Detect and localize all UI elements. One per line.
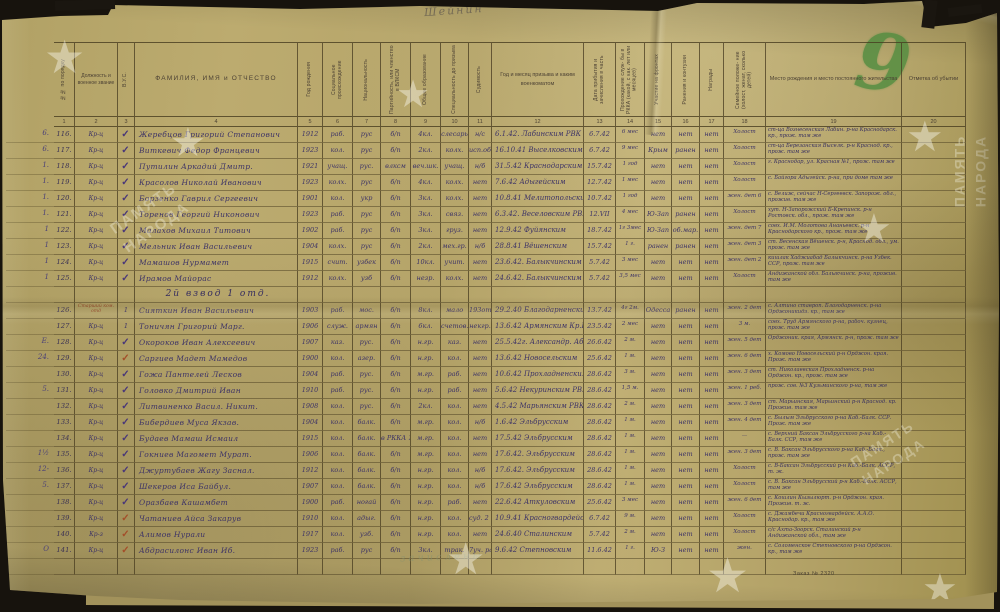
table-cell: б/п bbox=[381, 175, 411, 191]
cell-text: жен. 1 реб. bbox=[728, 385, 762, 391]
table-cell: ст. Весенская Вёшенск. р-н, Краснод. обл… bbox=[766, 239, 902, 255]
cell-text: нет bbox=[473, 194, 487, 202]
cell-text: ранен bbox=[675, 146, 695, 154]
cell-text: 3 м. bbox=[624, 369, 636, 375]
cell-text: б/п bbox=[390, 498, 400, 506]
table-cell: ✓1 bbox=[118, 191, 135, 207]
table-cell: колх. bbox=[323, 271, 353, 287]
table-cell: нет bbox=[672, 159, 700, 175]
table-cell: нет bbox=[645, 431, 672, 447]
table-cell bbox=[323, 287, 353, 303]
table-cell: 25.6.42 bbox=[584, 351, 616, 367]
table-cell: б/п bbox=[381, 447, 411, 463]
table-cell: колх. bbox=[441, 191, 469, 207]
table-cell: 1 м. bbox=[616, 479, 645, 495]
table-cell bbox=[616, 559, 645, 575]
table-cell: кол. bbox=[323, 191, 353, 207]
table-cell: 4г 2м. bbox=[616, 303, 645, 319]
column-header: Прохождение служ- бы в РККА (какой, с ка… bbox=[616, 42, 645, 116]
table-cell: Холост bbox=[724, 479, 766, 495]
cell-text: учащ. bbox=[327, 162, 347, 170]
table-cell: жен. 4 дет bbox=[724, 415, 766, 431]
table-cell: 26.6.42 bbox=[584, 335, 616, 351]
table-cell: 2кл. bbox=[411, 143, 441, 159]
cell-text: 28.6.42 bbox=[587, 434, 612, 442]
column-number: 7 bbox=[353, 116, 381, 127]
cell-text: нет bbox=[651, 402, 665, 410]
column-number-row: 1234567891011121314151617181920 bbox=[6, 116, 968, 127]
column-header: Награды bbox=[700, 42, 724, 116]
table-cell: ✓1 bbox=[118, 175, 135, 191]
table-row: 12-136.Кр-ц✓1Джуртубаев Жагу Заснал.1912… bbox=[6, 463, 968, 479]
cell-text: м.гр. bbox=[417, 370, 434, 378]
cell-text: нет bbox=[678, 546, 692, 554]
column-header-label: Общее образование bbox=[423, 54, 429, 105]
cell-text: Торенов Георгий Никонович bbox=[139, 210, 260, 219]
table-cell: б/п bbox=[381, 207, 411, 223]
column-header: Место рождения и место постоянного жител… bbox=[766, 42, 902, 116]
cell-text: кол. bbox=[331, 482, 345, 490]
checkmark-icon: ✓ bbox=[118, 479, 133, 494]
table-row: 139.Кр-ц✓1Чатаниев Айса Закарув1910кол.а… bbox=[6, 511, 968, 527]
table-row: 1½135.Кр-ц✓1Гокниев Магомет Мурат.1906ко… bbox=[6, 447, 968, 463]
table-cell: б/п bbox=[381, 223, 411, 239]
table-cell bbox=[902, 399, 966, 415]
table-cell: 2кл. bbox=[411, 399, 441, 415]
column-header: Общее образование bbox=[411, 42, 441, 116]
table-cell: нет bbox=[672, 175, 700, 191]
cell-text: служ. bbox=[327, 322, 348, 330]
table-cell: 1 м. bbox=[616, 415, 645, 431]
cell-text: 1908 bbox=[302, 402, 319, 410]
checkmark-icon: ✓ bbox=[118, 159, 133, 174]
table-cell: Кр-ц bbox=[75, 143, 118, 159]
checkmark-icon: ✓ bbox=[118, 447, 133, 462]
table-cell: нет bbox=[672, 447, 700, 463]
cell-text: 1923 bbox=[302, 146, 319, 154]
cell-text: б/п bbox=[390, 242, 400, 250]
table-cell: нет bbox=[645, 479, 672, 495]
cell-text: 140. bbox=[56, 530, 71, 538]
table-cell: нет bbox=[469, 527, 492, 543]
cell-text: 25.6.42 bbox=[587, 498, 612, 506]
table-cell: нет bbox=[469, 335, 492, 351]
cell-text: 6.1.42. Лабинским РВК bbox=[495, 130, 581, 138]
margin-gutter bbox=[6, 42, 54, 116]
checkmark-icon: ✓ bbox=[118, 383, 133, 398]
table-cell: кол. bbox=[441, 447, 469, 463]
cell-text: 28.6.42 bbox=[587, 482, 612, 490]
cell-text: 1.6.42 Эльбрусским bbox=[495, 418, 568, 426]
table-row: 5.131.Кр-ц✓1Головко Дмитрий Иван1910раб.… bbox=[6, 383, 968, 399]
cell-text: учащ. bbox=[444, 162, 464, 170]
cell-text: нет bbox=[651, 178, 665, 186]
table-cell: 131. bbox=[54, 383, 75, 399]
cell-text: нет bbox=[473, 498, 487, 506]
cell-text: жен. 5 дет bbox=[728, 337, 762, 343]
table-cell bbox=[902, 447, 966, 463]
table-cell: 1 bbox=[118, 319, 135, 335]
table-cell: 135. bbox=[54, 447, 75, 463]
table-cell: кол. bbox=[441, 415, 469, 431]
cell-text: 13.6.42 Новосельским bbox=[495, 354, 577, 362]
table-cell: ✓1 bbox=[118, 255, 135, 271]
cell-text: раб. bbox=[447, 370, 461, 378]
margin-note: 24. bbox=[6, 351, 54, 367]
cell-text: Мельник Иван Васильевич bbox=[139, 242, 252, 251]
table-cell: 15.7.42 bbox=[584, 239, 616, 255]
table-cell: Тоничян Григорий Марг. bbox=[135, 319, 298, 335]
table-cell: Путилин Аркадий Дмитр. bbox=[135, 159, 298, 175]
cell-text: 12.9.42 Фуйянским bbox=[495, 226, 566, 234]
cell-text: кол. bbox=[448, 434, 462, 442]
cell-text: 1900 bbox=[302, 498, 319, 506]
table-cell: нет bbox=[672, 255, 700, 271]
cell-text: нет bbox=[678, 370, 692, 378]
table-cell: с. Велиж, сейчас Н-Сергеевск. Запорож. о… bbox=[766, 191, 902, 207]
table-cell: жен. 2 дет bbox=[724, 303, 766, 319]
cell-text: Бибердиев Муса Якзав. bbox=[139, 418, 239, 427]
table-cell: Шекеров Иса Байбул. bbox=[135, 479, 298, 495]
cell-text: нет bbox=[678, 418, 692, 426]
table-cell: ✓1 bbox=[118, 335, 135, 351]
cell-text: жен. дет 2 bbox=[728, 257, 762, 263]
cell-text: жен. 3 дет bbox=[728, 369, 762, 375]
cell-text: б/п bbox=[390, 210, 400, 218]
cell-text: с. Верхний Баксан Эльбрусского р-на Каб.… bbox=[768, 431, 886, 443]
cell-text: б/п bbox=[390, 530, 400, 538]
table-cell: 17.6.42. Эльбрусским bbox=[492, 463, 584, 479]
column-number: 5 bbox=[298, 116, 323, 127]
cell-text: нет bbox=[678, 386, 692, 394]
table-cell: 10.9.41 Красногвардейским bbox=[492, 511, 584, 527]
table-cell: 10.7.42 bbox=[584, 191, 616, 207]
table-cell: нет bbox=[469, 207, 492, 223]
table-cell: 139. bbox=[54, 511, 75, 527]
cell-text: раб. bbox=[330, 306, 344, 314]
table-cell: кол. bbox=[441, 479, 469, 495]
cell-text: жен. bbox=[737, 545, 752, 551]
table-cell: рус. bbox=[353, 335, 381, 351]
cell-text: кол. bbox=[448, 482, 462, 490]
table-cell: нет bbox=[700, 207, 724, 223]
cell-text: нет bbox=[678, 466, 692, 474]
table-cell: 2 м. bbox=[616, 527, 645, 543]
cell-text: 13.7.42 bbox=[587, 306, 612, 314]
cell-text: нет bbox=[473, 258, 487, 266]
table-cell: веч.шк. bbox=[411, 159, 441, 175]
table-cell: 9.6.42 Степновским bbox=[492, 543, 584, 559]
table-cell: ✓1 bbox=[118, 271, 135, 287]
table-cell: 28.6.42 bbox=[584, 383, 616, 399]
cell-text: балк. bbox=[358, 466, 376, 474]
table-cell: б/п bbox=[381, 143, 411, 159]
table-cell: м.гр. bbox=[411, 431, 441, 447]
table-cell: 18.7.42 bbox=[584, 223, 616, 239]
table-cell: Бибердиев Муса Якзав. bbox=[135, 415, 298, 431]
cell-text: 1903 bbox=[302, 306, 319, 314]
cell-text: рус bbox=[361, 130, 373, 138]
table-cell: 1903 bbox=[298, 303, 323, 319]
cell-text: 1 г. bbox=[625, 545, 635, 551]
cell-text: н.гр. bbox=[418, 498, 434, 506]
table-cell: 3,5 мес bbox=[616, 271, 645, 287]
cell-text: нет bbox=[651, 466, 665, 474]
cell-text: 1 м. bbox=[624, 449, 636, 455]
column-header-label: Партийность, или членство в ВЛКСМ bbox=[390, 45, 402, 115]
cell-text: раб. bbox=[330, 130, 344, 138]
cell-text: Гокниев Магомет Мурат. bbox=[139, 450, 252, 459]
table-cell: нет bbox=[700, 239, 724, 255]
cell-text: нет bbox=[651, 386, 665, 394]
cell-text: Гожа Пантелей Лесков bbox=[139, 370, 242, 379]
table-cell: рус bbox=[353, 543, 381, 559]
table-cell: б/п bbox=[381, 383, 411, 399]
column-header: Год рождения bbox=[298, 42, 323, 116]
table-cell: г. Краснодар, ул. Красная №1, прож. там … bbox=[766, 159, 902, 175]
table-cell bbox=[766, 287, 902, 303]
table-cell: 138. bbox=[54, 495, 75, 511]
table-cell bbox=[700, 287, 724, 303]
table-cell: б/п bbox=[381, 479, 411, 495]
table-cell: н.гр. bbox=[411, 463, 441, 479]
cell-text: суд. 2 г. bbox=[469, 514, 492, 522]
table-cell: ✓1 bbox=[118, 127, 135, 143]
cell-text: нет bbox=[704, 402, 718, 410]
cell-text: нет bbox=[651, 530, 665, 538]
table-cell bbox=[645, 559, 672, 575]
cell-text: нет bbox=[704, 466, 718, 474]
cell-text: Ю-З bbox=[651, 546, 665, 554]
table-cell: 2й взвод 1 отд. bbox=[135, 287, 298, 303]
cell-text: Шекеров Иса Байбул. bbox=[139, 482, 231, 491]
table-cell: 1904 bbox=[298, 415, 323, 431]
table-cell bbox=[75, 287, 118, 303]
cell-text: укр bbox=[361, 194, 373, 202]
table-cell: нет bbox=[672, 351, 700, 367]
table-cell: Холост bbox=[724, 463, 766, 479]
cell-text: с. Джамбечи Красногвардейск. А.А.О. Крас… bbox=[768, 511, 874, 523]
table-cell: 1915 bbox=[298, 255, 323, 271]
cell-text: ранен bbox=[648, 242, 668, 250]
cell-text: 1907 bbox=[302, 338, 319, 346]
margin-note bbox=[6, 367, 54, 383]
table-cell: 1912 bbox=[298, 271, 323, 287]
table-cell: нет bbox=[700, 511, 724, 527]
cell-text: Кр-ц bbox=[89, 515, 104, 522]
table-cell bbox=[584, 559, 616, 575]
cell-text: 1906 bbox=[302, 450, 319, 458]
table-cell: н.гр. bbox=[411, 511, 441, 527]
cell-text: 1923 bbox=[302, 210, 319, 218]
table-cell: 6.7.42 bbox=[584, 143, 616, 159]
table-cell: нет bbox=[645, 415, 672, 431]
table-cell bbox=[902, 255, 966, 271]
margin-note: 1. bbox=[6, 191, 54, 207]
cell-text: нет bbox=[678, 178, 692, 186]
table-cell: адыг. bbox=[353, 511, 381, 527]
cell-text: нет bbox=[651, 434, 665, 442]
cell-text: нет bbox=[651, 418, 665, 426]
cell-text: 131. bbox=[56, 386, 71, 394]
cell-text: нет bbox=[678, 274, 692, 282]
table-cell: 10кл. bbox=[411, 255, 441, 271]
table-cell: н.гр. bbox=[411, 335, 441, 351]
table-cell: 132. bbox=[54, 399, 75, 415]
table-cell: б/п bbox=[381, 255, 411, 271]
cell-text: н.гр. bbox=[418, 482, 434, 490]
margin-note: 12- bbox=[6, 463, 54, 479]
torn-edge bbox=[921, 0, 937, 29]
table-cell: 1 м. bbox=[616, 431, 645, 447]
table-cell bbox=[902, 495, 966, 511]
table-cell: 13.6.42 Новосельским bbox=[492, 351, 584, 367]
cell-text: 4кл. bbox=[418, 130, 432, 138]
table-cell: б/п bbox=[381, 271, 411, 287]
cell-text: 1 м. bbox=[624, 353, 636, 359]
table-cell: 10.6.42 Прохладненским bbox=[492, 367, 584, 383]
table-cell bbox=[118, 287, 135, 303]
cell-text: ранен bbox=[675, 210, 695, 218]
cell-text: нет bbox=[704, 210, 718, 218]
column-number: 2 bbox=[75, 116, 118, 127]
cell-text: Холост bbox=[733, 177, 755, 183]
table-cell: 1915 bbox=[298, 431, 323, 447]
scanned-document-page: 2. Шейнин 9 №№ по порядкуДолжность и вое… bbox=[0, 0, 1000, 612]
cell-text: связ. bbox=[446, 210, 463, 218]
cell-text: 25.6.42 bbox=[587, 354, 612, 362]
table-cell: слесарь bbox=[441, 127, 469, 143]
table-cell: Кр-ц bbox=[75, 367, 118, 383]
table-cell: Холост bbox=[724, 271, 766, 287]
cell-text: кол. bbox=[448, 530, 462, 538]
table-cell: 128. bbox=[54, 335, 75, 351]
cell-text: каз. bbox=[448, 338, 461, 346]
table-cell bbox=[902, 415, 966, 431]
cell-text: Холост bbox=[733, 145, 755, 151]
table-cell: балк. bbox=[353, 463, 381, 479]
column-header-label: Отметка об убытии bbox=[908, 74, 959, 85]
cell-text: раб. bbox=[330, 370, 344, 378]
column-number: 16 bbox=[672, 116, 700, 127]
table-cell: нет bbox=[672, 463, 700, 479]
table-cell: Жеребцов Григорий Степанович bbox=[135, 127, 298, 143]
cell-text: б/п bbox=[390, 514, 400, 522]
cell-text: Кр-ц bbox=[89, 339, 104, 346]
cell-text: Мамашов Нурмамет bbox=[139, 258, 229, 267]
cell-text: б/п bbox=[390, 274, 400, 282]
table-cell: нет bbox=[469, 255, 492, 271]
table-cell: 6.3.42. Веселовским РВК bbox=[492, 207, 584, 223]
cell-text: нет bbox=[678, 338, 692, 346]
table-cell: н/б bbox=[469, 239, 492, 255]
cell-text: нет bbox=[678, 162, 692, 170]
table-cell: 1901 bbox=[298, 191, 323, 207]
cell-text: нет bbox=[678, 514, 692, 522]
table-cell: об.мар. bbox=[672, 223, 700, 239]
cell-text: 10.8.41 Мелитопольским bbox=[495, 194, 584, 202]
table-cell: узб bbox=[353, 271, 381, 287]
cell-text: 10кл. bbox=[416, 258, 434, 266]
cell-text: рус bbox=[361, 178, 373, 186]
cell-text: 1 bbox=[124, 322, 128, 330]
checkmark-icon: ✓ bbox=[118, 367, 133, 382]
table-row: 24.129.Кр-ц✓1Саргиев Мадет Мамедов1900ко… bbox=[6, 351, 968, 367]
table-cell: ✓1 bbox=[118, 399, 135, 415]
table-cell: нет bbox=[645, 447, 672, 463]
cell-text: нет bbox=[651, 322, 665, 330]
cell-text: Алимов Нурали bbox=[139, 530, 205, 539]
cell-text: балк. bbox=[358, 482, 376, 490]
cell-text: Крым bbox=[648, 146, 668, 154]
cell-text: Кр-ц bbox=[89, 323, 104, 330]
table-cell: ✓1 bbox=[118, 239, 135, 255]
cell-text: нет bbox=[704, 354, 718, 362]
cell-text: 139. bbox=[56, 514, 71, 522]
table-cell: нет bbox=[672, 127, 700, 143]
cell-text: 26.6.42 bbox=[587, 338, 612, 346]
cell-text: 1923 bbox=[302, 178, 319, 186]
column-header-label: Награды bbox=[709, 69, 715, 91]
table-cell bbox=[724, 559, 766, 575]
cell-text: нет bbox=[473, 178, 487, 186]
cell-text: ст. Николаевская Прохладненск. р-на Ордж… bbox=[768, 367, 874, 379]
table-cell: 193отд bbox=[469, 303, 492, 319]
cell-text: б/п bbox=[390, 194, 400, 202]
column-number: 1 bbox=[54, 116, 75, 127]
table-cell: б/п bbox=[381, 319, 411, 335]
margin-note: 1 bbox=[6, 239, 54, 255]
table-cell: Кр-ц bbox=[75, 511, 118, 527]
table-cell: некгр. bbox=[469, 319, 492, 335]
cell-text: 3 м. bbox=[739, 321, 751, 327]
table-cell bbox=[902, 127, 966, 143]
cell-text: 1910 bbox=[302, 386, 319, 394]
table-cell: Кр-ц bbox=[75, 383, 118, 399]
cell-text: нет bbox=[473, 338, 487, 346]
margin-note bbox=[6, 511, 54, 527]
cell-text: 3кл. bbox=[418, 226, 432, 234]
cell-text: Андижанской обл. Балыкчинск. р-на, прожи… bbox=[768, 271, 897, 283]
cell-text: 6кл. bbox=[418, 322, 432, 330]
column-number: 12 bbox=[492, 116, 584, 127]
margin-note bbox=[6, 399, 54, 415]
table-row: 126.Старший ком. отд1Сияткин Иван Василь… bbox=[6, 303, 968, 319]
cell-text: 11.6.42 bbox=[587, 546, 612, 554]
cell-text: 1 м. bbox=[624, 481, 636, 487]
cell-text: 2кл. bbox=[418, 402, 432, 410]
cell-text: б/п bbox=[390, 258, 400, 266]
cell-text: 122. bbox=[56, 226, 71, 234]
table-cell: кол. bbox=[323, 143, 353, 159]
cell-text: нет bbox=[473, 370, 487, 378]
table-cell: Кр-ц bbox=[75, 479, 118, 495]
table-cell: нет bbox=[645, 495, 672, 511]
table-cell bbox=[492, 559, 584, 575]
table-cell: нет bbox=[700, 543, 724, 559]
checkmark-icon: ✓ bbox=[118, 527, 133, 542]
table-cell: 25.6.42 bbox=[584, 495, 616, 511]
cell-text: незр. bbox=[417, 274, 435, 282]
column-number: 10 bbox=[441, 116, 469, 127]
table-cell: 4 мес bbox=[616, 207, 645, 223]
column-header-label: ФАМИЛИЯ, ИМЯ и ОТЧЕСТВО bbox=[154, 74, 277, 84]
cell-text: 128. bbox=[56, 338, 71, 346]
cell-text: 5.7.42 bbox=[589, 274, 610, 282]
table-cell: н/б bbox=[469, 415, 492, 431]
table-cell: раб. bbox=[323, 127, 353, 143]
table-cell: жен. дет 7 bbox=[724, 223, 766, 239]
